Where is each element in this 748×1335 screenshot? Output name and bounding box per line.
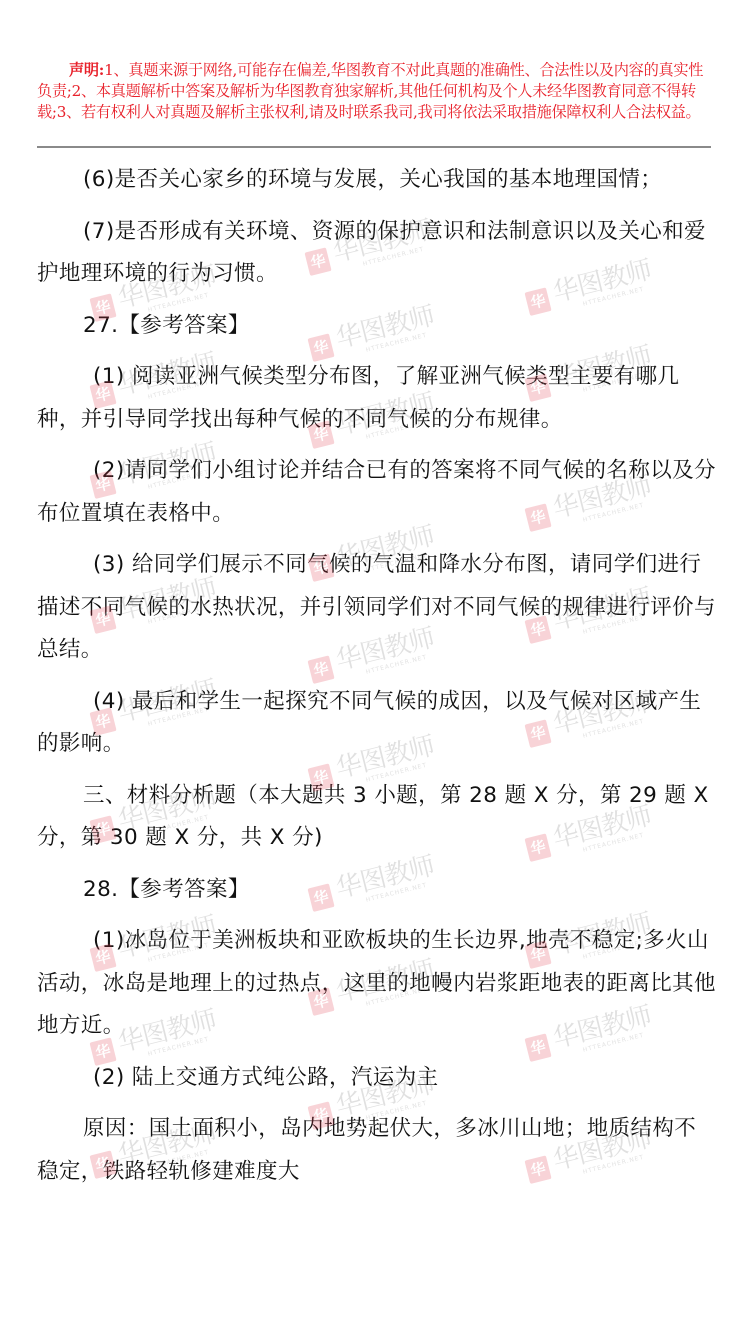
disclaimer: 声明:1、真题来源于网络,可能存在偏差,华图教育不对此真题的准确性、合法性以及内… — [37, 60, 711, 123]
answer-heading-27: 27.【参考答案】 — [37, 296, 717, 348]
paragraph-28-reason: 原因：国土面积小，岛内地势起伏大，多冰川山地；地质结构不稳定，铁路轻轨修建难度大 — [37, 1099, 717, 1193]
paragraph-28-part-1: (1)冰岛位于美洲板块和亚欧板块的生长边界,地壳不稳定;多火山活动，冰岛是地理上… — [37, 911, 717, 1048]
paragraph-27-step-4: (4) 最后和学生一起探究不同气候的成因，以及气候对区域产生的影响。 — [37, 672, 717, 766]
section-heading-material-analysis: 三、材料分析题（本大题共 3 小题，第 28 题 X 分，第 29 题 X 分，… — [37, 766, 717, 860]
answer-heading-28: 28.【参考答案】 — [37, 860, 717, 912]
header-separator — [37, 146, 711, 148]
disclaimer-lead: 声明: — [69, 61, 104, 79]
paragraph-item-7: (7)是否形成有关环境、资源的保护意识和法制意识以及关心和爱护地理环境的行为习惯… — [37, 202, 717, 296]
paragraph-27-step-3: (3) 给同学们展示不同气候的气温和降水分布图，请同学们进行描述不同气候的水热状… — [37, 535, 717, 672]
paragraph-item-6: (6)是否关心家乡的环境与发展，关心我国的基本地理国情； — [37, 150, 717, 202]
paragraph-28-part-2: (2) 陆上交通方式纯公路，汽运为主 — [37, 1048, 717, 1100]
paragraph-27-step-1: (1) 阅读亚洲气候类型分布图，了解亚洲气候类型主要有哪几种，并引导同学找出每种… — [37, 347, 717, 441]
document-body: (6)是否关心家乡的环境与发展，关心我国的基本地理国情； (7)是否形成有关环境… — [37, 150, 717, 1193]
paragraph-27-step-2: (2)请同学们小组讨论并结合已有的答案将不同气候的名称以及分布位置填在表格中。 — [37, 441, 717, 535]
disclaimer-text: 1、真题来源于网络,可能存在偏差,华图教育不对此真题的准确性、合法性以及内容的真… — [37, 61, 703, 121]
